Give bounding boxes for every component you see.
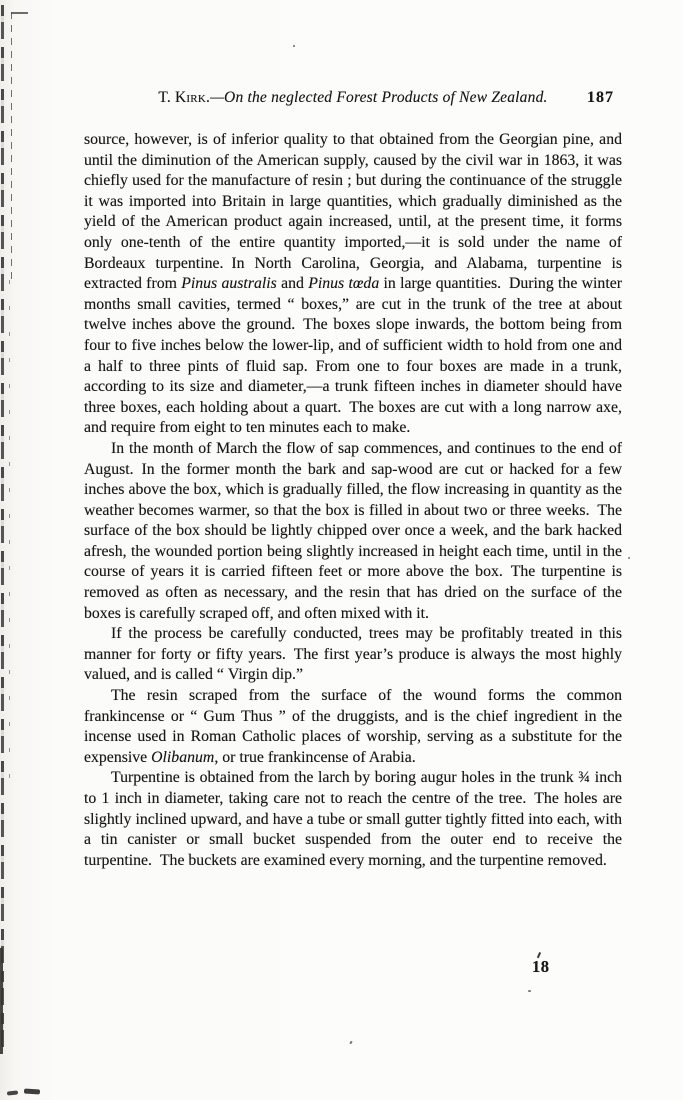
scan-edge-line (1, 5, 4, 1053)
page-number: 187 (587, 89, 614, 107)
scan-speck (293, 45, 295, 47)
paragraph: In the month of March the flow of sap co… (84, 439, 622, 624)
paragraph: The resin scraped from the surface of th… (84, 686, 622, 768)
scan-speck (528, 990, 531, 992)
author-name: T. Kirk. (158, 89, 210, 106)
text-segment: and (277, 275, 308, 292)
text-segment: source, however, is of inferior quality … (84, 131, 622, 292)
paragraph: If the process be carefully conducted, t… (84, 624, 622, 686)
text-segment: Pinus tœda (308, 275, 379, 292)
scan-gutter-dashes (9, 280, 10, 785)
scan-corner-mark-horizontal (11, 12, 28, 14)
running-head: T. Kirk.—On the neglected Forest Product… (84, 89, 622, 111)
paragraph: source, however, is of inferior quality … (84, 130, 622, 439)
paragraph: Turpentine is obtained from the larch by… (84, 768, 622, 871)
article-title: —On the neglected Forest Products of New… (210, 89, 548, 106)
scan-corner-mark-vertical (11, 12, 12, 280)
text-segment: Turpentine is obtained from the larch by… (84, 769, 622, 868)
text-segment: Olibanum (151, 749, 214, 766)
text-segment: In the month of March the flow of sap co… (84, 440, 622, 622)
text-segment: If the process be carefully conducted, t… (84, 625, 622, 683)
scan-edge-bottom-bar (0, 948, 3, 1054)
text-segment: in large quantities. During the winter m… (84, 275, 622, 436)
page-background: T. Kirk.—On the neglected Forest Product… (0, 0, 683, 1100)
text-segment: , or true frankincense of Arabia. (214, 749, 415, 766)
scanned-page-body: { "colors": { "paper": "#fcfcfa", "ink":… (0, 0, 683, 1100)
running-head-title: T. Kirk.—On the neglected Forest Product… (84, 89, 622, 107)
scan-speck (349, 1041, 352, 1045)
scan-smudge (24, 1088, 40, 1094)
text-segment: Pinus australis (181, 275, 277, 292)
scan-speck (628, 557, 630, 559)
signature-mark: 18 (532, 957, 550, 977)
text-column: source, however, is of inferior quality … (84, 130, 622, 871)
scan-smudge (7, 1090, 18, 1095)
